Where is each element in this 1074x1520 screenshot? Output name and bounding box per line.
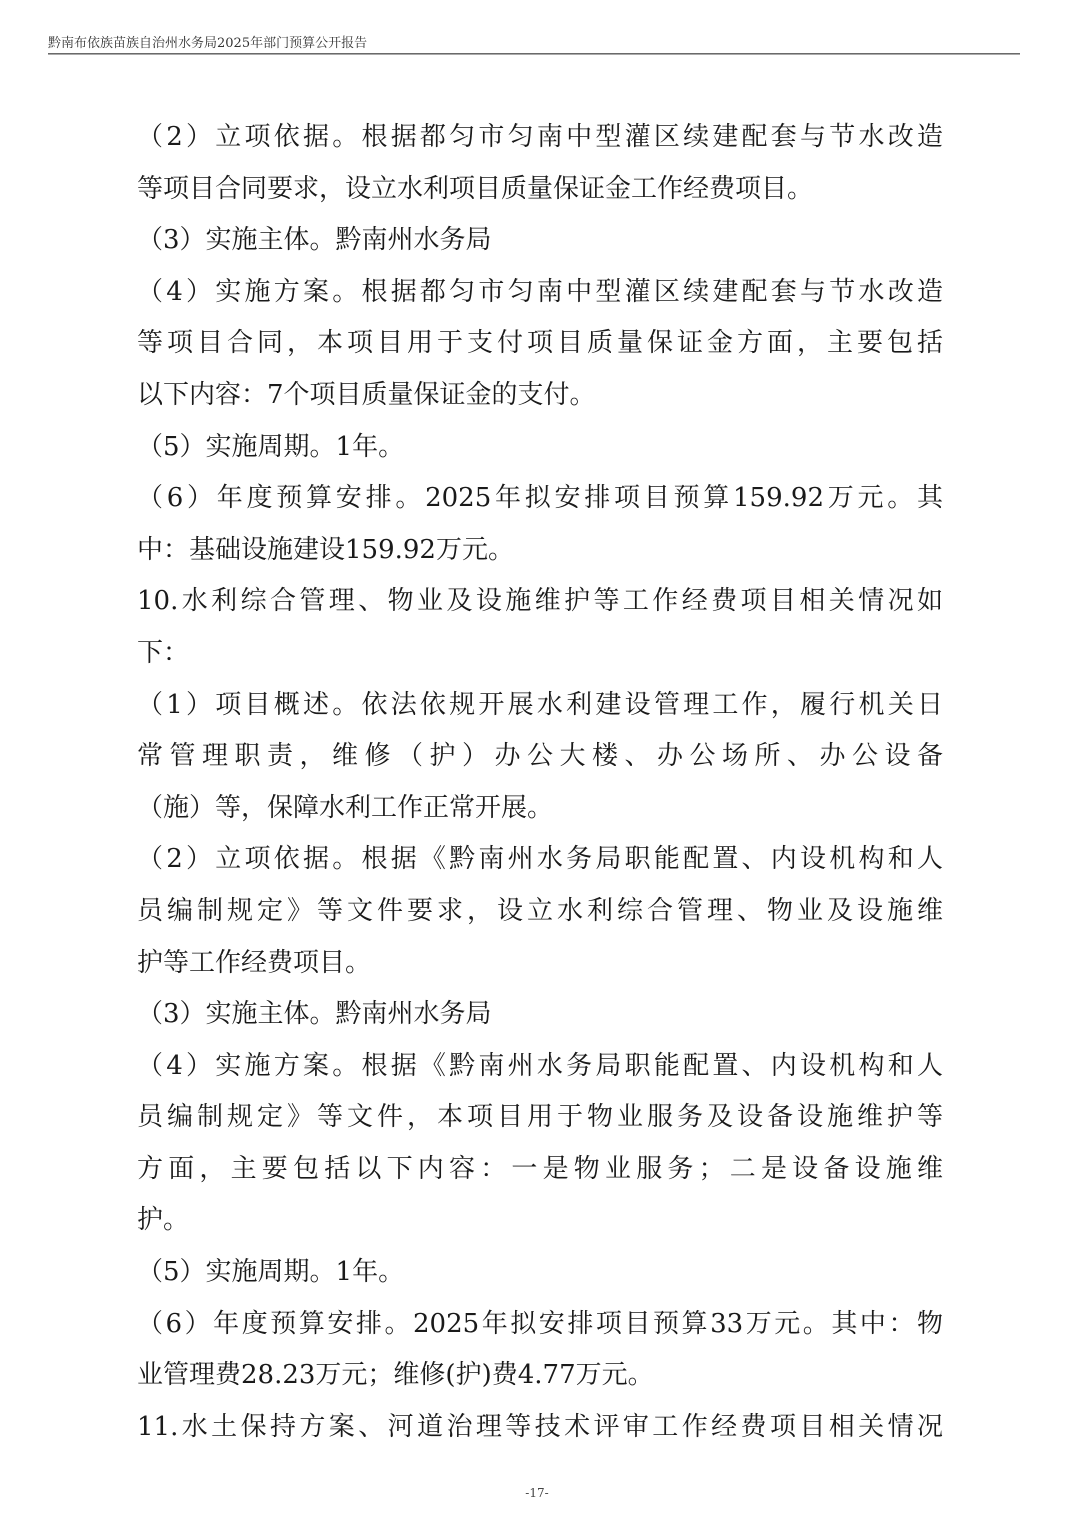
body-line: 等项目合同要求，设立水利项目质量保证金工作经费项目。	[137, 164, 943, 216]
body-line: （施）等，保障水利工作正常开展。	[137, 783, 943, 835]
section-heading-line: 10.水利综合管理、物业及设施维护等工作经费项目相关情况如	[137, 576, 943, 628]
body-line: （5）实施周期。1年。	[137, 1247, 943, 1299]
page-number: -17-	[0, 1486, 1074, 1500]
body-line: （6）年度预算安排。2025年拟安排项目预算33万元。其中：物	[137, 1299, 943, 1351]
body-line: 方面，主要包括以下内容：一是物业服务；二是设备设施维	[137, 1144, 943, 1196]
body-line: （2）立项依据。根据都匀市匀南中型灌区续建配套与节水改造	[137, 112, 943, 164]
body-line: （3）实施主体。黔南州水务局	[137, 989, 943, 1041]
section-heading-line: 11.水土保持方案、河道治理等技术评审工作经费项目相关情况	[137, 1402, 943, 1454]
body-line: 护等工作经费项目。	[137, 938, 943, 990]
body-line: （4）实施方案。根据都匀市匀南中型灌区续建配套与节水改造	[137, 267, 943, 319]
body-line: （1）项目概述。依法依规开展水利建设管理工作，履行机关日	[137, 680, 943, 732]
body-line: （5）实施周期。1年。	[137, 422, 943, 474]
body-line: （4）实施方案。根据《黔南州水务局职能配置、内设机构和人	[137, 1041, 943, 1093]
body-line: 员编制规定》等文件要求，设立水利综合管理、物业及设施维	[137, 886, 943, 938]
body-line: （6）年度预算安排。2025年拟安排项目预算159.92万元。其	[137, 473, 943, 525]
body-line: 等项目合同，本项目用于支付项目质量保证金方面，主要包括	[137, 318, 943, 370]
body-line: 以下内容：7个项目质量保证金的支付。	[137, 370, 943, 422]
section-heading-line: 下：	[137, 628, 943, 680]
body-line: 中：基础设施建设159.92万元。	[137, 525, 943, 577]
body-line: 员编制规定》等文件，本项目用于物业服务及设备设施维护等	[137, 1092, 943, 1144]
document-header-title: 黔南布依族苗族自治州水务局2025年部门预算公开报告	[48, 32, 367, 51]
body-line: （3）实施主体。黔南州水务局	[137, 215, 943, 267]
body-line: 常管理职责，维修（护）办公大楼、办公场所、办公设备	[137, 731, 943, 783]
body-line: 护。	[137, 1195, 943, 1247]
header-divider	[48, 53, 1020, 55]
document-body: （2）立项依据。根据都匀市匀南中型灌区续建配套与节水改造 等项目合同要求，设立水…	[137, 112, 943, 1453]
body-line: 业管理费28.23万元；维修(护)费4.77万元。	[137, 1350, 943, 1402]
body-line: （2）立项依据。根据《黔南州水务局职能配置、内设机构和人	[137, 834, 943, 886]
